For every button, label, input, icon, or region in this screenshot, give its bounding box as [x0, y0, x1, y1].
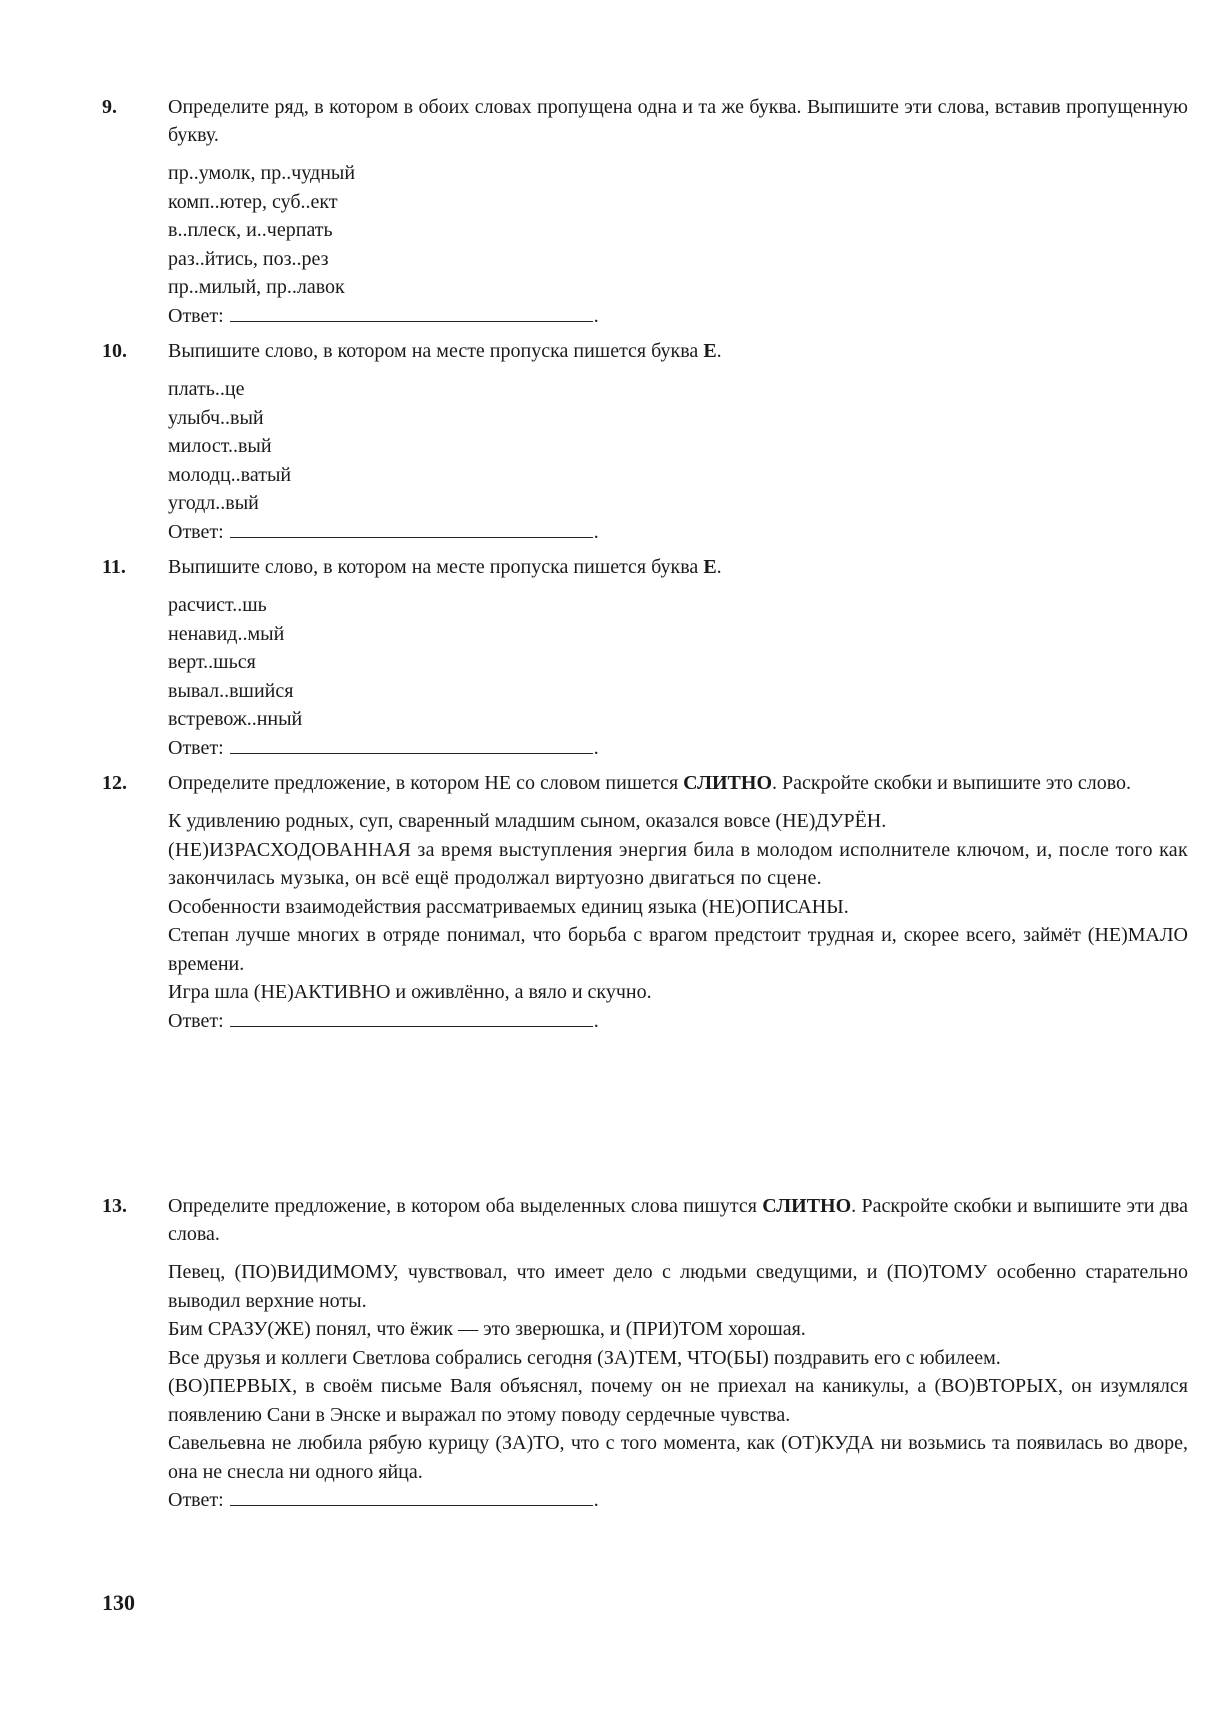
sentence-item: К удивлению родных, суп, сваренный младш… — [168, 807, 1188, 836]
answer-label: Ответ: — [168, 1486, 224, 1515]
textbook-page: 9. Определите ряд, в котором в обоих сло… — [0, 0, 1210, 1712]
option-item: угодл..вый — [168, 489, 1188, 518]
option-item: молодц..ватый — [168, 461, 1188, 490]
option-item: пр..милый, пр..лавок — [168, 273, 1188, 302]
answer-blank[interactable] — [230, 735, 593, 754]
emphasis-word: СЛИТНО — [762, 1195, 851, 1217]
task-prompt: Выпишите слово, в котором на месте пропу… — [168, 337, 1188, 365]
task-prompt: Определите предложение, в котором НЕ со … — [168, 769, 1188, 797]
answer-field[interactable]: Ответ: . — [168, 734, 1188, 763]
sentence-item: Особенности взаимодействия рассматриваем… — [168, 893, 1188, 922]
sentence-item: Бим СРАЗУ(ЖЕ) понял, что ёжик — это звер… — [168, 1315, 1188, 1344]
option-item: плать..це — [168, 375, 1188, 404]
option-item: ненавид..мый — [168, 620, 1188, 649]
option-item: улыбч..вый — [168, 404, 1188, 433]
answer-blank[interactable] — [230, 303, 593, 322]
task-number: 13. — [102, 1192, 127, 1220]
answer-blank[interactable] — [230, 1487, 593, 1506]
answer-label: Ответ: — [168, 518, 224, 547]
option-item: пр..умолк, пр..чудный — [168, 159, 1188, 188]
option-item: милост..вый — [168, 432, 1188, 461]
answer-blank[interactable] — [230, 1008, 593, 1027]
sentence-item: (НЕ)ИЗРАСХОДОВАННАЯ за время выступления… — [168, 836, 1188, 893]
options-list: пр..умолк, пр..чудный комп..ютер, суб..е… — [168, 159, 1188, 302]
emphasis-letter: Е — [703, 556, 716, 578]
page-number: 130 — [102, 1589, 135, 1617]
option-item: расчист..шь — [168, 591, 1188, 620]
answer-field[interactable]: Ответ: . — [168, 1486, 1188, 1515]
emphasis-word: СЛИТНО — [683, 772, 772, 794]
answer-field[interactable]: Ответ: . — [168, 1007, 1188, 1036]
task-prompt: Определите предложение, в котором оба вы… — [168, 1192, 1188, 1248]
sentence-item: Степан лучше многих в отряде понимал, чт… — [168, 921, 1188, 978]
answer-blank[interactable] — [230, 519, 593, 538]
option-item: комп..ютер, суб..ект — [168, 188, 1188, 217]
sentences-list: Певец, (ПО)ВИДИМОМУ, чувствовал, что име… — [168, 1258, 1188, 1486]
options-list: плать..це улыбч..вый милост..вый молодц.… — [168, 375, 1188, 518]
task-number: 9. — [102, 93, 117, 121]
task-prompt: Определите ряд, в котором в обоих словах… — [168, 93, 1188, 149]
sentence-item: Савельевна не любила рябую курицу (ЗА)ТО… — [168, 1429, 1188, 1486]
task-prompt: Выпишите слово, в котором на месте пропу… — [168, 553, 1188, 581]
emphasis-letter: Е — [703, 340, 716, 362]
options-list: расчист..шь ненавид..мый верт..шься выва… — [168, 591, 1188, 734]
option-item: в..плеск, и..черпать — [168, 216, 1188, 245]
option-item: раз..йтись, поз..рез — [168, 245, 1188, 274]
sentence-item: Все друзья и коллеги Светлова собрались … — [168, 1344, 1188, 1373]
sentence-item: Игра шла (НЕ)АКТИВНО и оживлённо, а вяло… — [168, 978, 1188, 1007]
answer-label: Ответ: — [168, 734, 224, 763]
sentence-item: Певец, (ПО)ВИДИМОМУ, чувствовал, что име… — [168, 1258, 1188, 1315]
answer-label: Ответ: — [168, 302, 224, 331]
option-item: верт..шься — [168, 648, 1188, 677]
sentence-item: (ВО)ПЕРВЫХ, в своём письме Валя объяснял… — [168, 1372, 1188, 1429]
sentences-list: К удивлению родных, суп, сваренный младш… — [168, 807, 1188, 1007]
task-number: 10. — [102, 337, 127, 365]
option-item: встревож..нный — [168, 705, 1188, 734]
answer-label: Ответ: — [168, 1007, 224, 1036]
task-number: 11. — [102, 553, 126, 581]
answer-field[interactable]: Ответ: . — [168, 302, 1188, 331]
option-item: вывал..вшийся — [168, 677, 1188, 706]
task-number: 12. — [102, 769, 127, 797]
answer-field[interactable]: Ответ: . — [168, 518, 1188, 547]
